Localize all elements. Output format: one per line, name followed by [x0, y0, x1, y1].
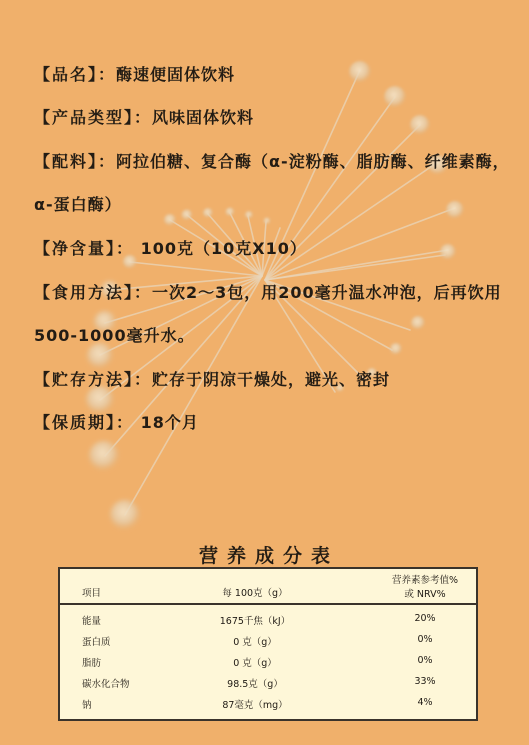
header-per-100g: 每 100克（g）: [190, 585, 320, 599]
product-name-value: 酶速便固体饮料: [116, 65, 235, 84]
nutrition-table-header: 项目 每 100克（g） 营养素参考值% 或 NRV%: [60, 569, 476, 605]
storage-label: 【贮存方法】：: [34, 370, 152, 389]
net-content-label: 【净含量】：: [34, 239, 134, 258]
table-row: 脂肪 0 克（g） 0%: [60, 655, 476, 676]
row-item: 蛋白质: [82, 634, 111, 648]
header-nrv-line2: 或 NRV%: [404, 589, 445, 600]
storage-value: 贮存于阴凉干燥处，避光、密封: [152, 370, 390, 389]
row-per-100g: 1675千焦（kJ）: [190, 613, 320, 627]
product-name-label: 【品名】：: [34, 65, 116, 84]
table-row: 碳水化合物 98.5克（g） 33%: [60, 676, 476, 697]
table-row: 钠 87毫克（mg） 4%: [60, 697, 476, 718]
shelf-life-value: 18个月: [134, 413, 199, 432]
net-content-value: 100克（10克X10）: [134, 239, 307, 258]
product-name-line: 【品名】：酶速便固体饮料: [34, 62, 235, 85]
usage-line: 【食用方法】：一次2～3包，用200毫升温水冲泡，后再饮用: [34, 280, 502, 303]
row-nrv: 0%: [365, 655, 485, 666]
row-nrv: 20%: [365, 613, 485, 624]
ingredients-line: 【配料】：阿拉伯糖、复合酶（α-淀粉酶、脂肪酶、纤维素酶，: [34, 149, 510, 172]
usage-value: 一次2～3包，用200毫升温水冲泡，后再饮用: [152, 283, 502, 302]
net-content-line: 【净含量】： 100克（10克X10）: [34, 236, 307, 259]
shelf-life-label: 【保质期】：: [34, 413, 134, 432]
nutrition-table-title: 营养成分表: [0, 541, 529, 568]
ingredients-continued-line: α-蛋白酶）: [34, 192, 122, 215]
product-type-line: 【产品类型】：风味固体饮料: [34, 105, 254, 128]
header-nrv: 营养素参考值% 或 NRV%: [365, 574, 485, 602]
row-item: 脂肪: [82, 655, 101, 669]
row-item: 能量: [82, 613, 101, 627]
usage-continued-line: 500-1000毫升水。: [34, 323, 195, 346]
storage-line: 【贮存方法】：贮存于阴凉干燥处，避光、密封: [34, 367, 390, 390]
row-per-100g: 0 克（g）: [190, 634, 320, 648]
header-nrv-line1: 营养素参考值%: [392, 575, 458, 586]
ingredients-value: 阿拉伯糖、复合酶（α-淀粉酶、脂肪酶、纤维素酶，: [116, 152, 510, 171]
table-row: 能量 1675千焦（kJ） 20%: [60, 613, 476, 634]
product-type-value: 风味固体饮料: [152, 108, 254, 127]
row-nrv: 0%: [365, 634, 485, 645]
shelf-life-line: 【保质期】： 18个月: [34, 410, 199, 433]
product-type-label: 【产品类型】：: [34, 108, 152, 127]
row-per-100g: 0 克（g）: [190, 655, 320, 669]
row-nrv: 4%: [365, 697, 485, 708]
row-item: 碳水化合物: [82, 676, 130, 690]
header-item: 项目: [82, 585, 101, 599]
usage-label: 【食用方法】：: [34, 283, 152, 302]
ingredients-label: 【配料】：: [34, 152, 116, 171]
ingredients-value-continued: α-蛋白酶）: [34, 195, 122, 214]
row-per-100g: 87毫克（mg）: [190, 697, 320, 711]
row-item: 钠: [82, 697, 92, 711]
usage-value-continued: 500-1000毫升水。: [34, 326, 195, 345]
table-row: 蛋白质 0 克（g） 0%: [60, 634, 476, 655]
row-per-100g: 98.5克（g）: [190, 676, 320, 690]
row-nrv: 33%: [365, 676, 485, 687]
nutrition-table: 项目 每 100克（g） 营养素参考值% 或 NRV% 能量 1675千焦（kJ…: [58, 567, 478, 721]
